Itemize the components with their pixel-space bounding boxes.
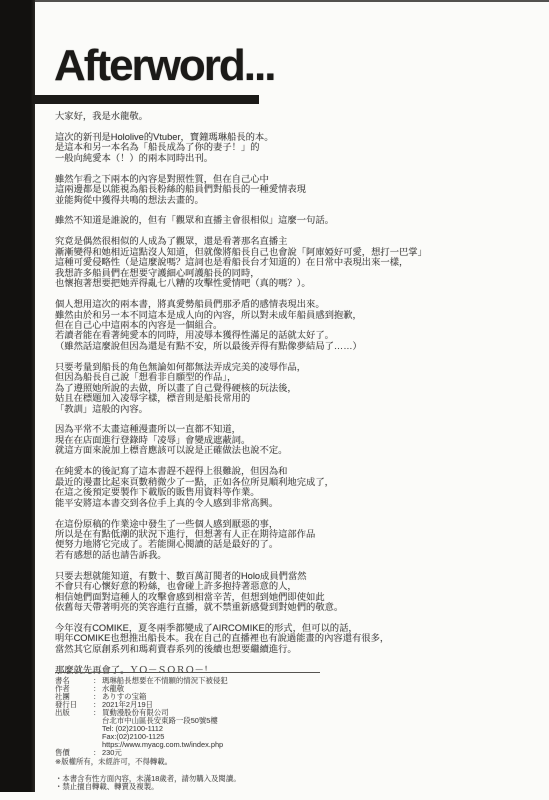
body-line: 是這本和另一本名為「船長成為了你的妻子！」的 (55, 142, 525, 152)
body-line: 在這份原稿的作業途中發生了一些個人感到厭惡的事， (55, 519, 525, 529)
body-line: 若讀者能在看著純愛本的同時，用凌辱本獲得性滿足的話就太好了。 (55, 330, 525, 340)
body-line: 在這之後預定要製作下載版的販售用資料等作業。 (55, 487, 525, 497)
body-line: 為了遵照她所說的去做，所以畫了自己覺得硬核的玩法後， (55, 383, 525, 393)
colophon-divider (55, 672, 320, 673)
body-line: 漸漸變得和她相近這點沒人知道，但就像將船長自己也會說「阿庫婭好可愛，想打一巴掌」 (55, 247, 525, 257)
paragraph: 因為平常不太畫這種漫畫所以一直都不知道，現在在店面進行登錄時「凌辱」會變成遮蔽詞… (55, 424, 525, 455)
colophon-colon: ： (93, 709, 102, 717)
body-line: 「教訓」這般的內容。 (55, 404, 525, 414)
scan-edge-left-band (0, 0, 35, 792)
paragraph: 大家好，我是水龍敬。 (55, 111, 525, 121)
body-line: 能平安將這本書交到各位手上真的令人感到非常高興。 (55, 498, 525, 508)
body-line: （雖然話這麼說但因為還是有點不安，所以最後弄得有點像夢結局了……） (55, 341, 525, 351)
paragraph: 在這份原稿的作業途中發生了一些個人感到厭惡的事，所以是在有點低潮的狀況下進行，但… (55, 519, 525, 561)
body-line: 相信她們面對這種人的攻擊會感到相當辛苦，但想到她們即使如此 (55, 592, 525, 602)
body-line: 明年COMIKE也想推出船長本。我在自己的直播裡也有說過能畫的內容還有很多， (55, 633, 525, 643)
afterword-page: Afterword... 大家好，我是水龍敬。這次的新刊是Hololive的Vt… (0, 0, 549, 800)
body-line: 但在自己心中這兩本的內容是一個組合。 (55, 320, 525, 330)
colophon-rows: 書名：瑪琳船長想要在不情願的情況下被侵犯作者：水龍敬社團：ありすの宝箱發行日：2… (55, 677, 495, 757)
body-line: 所以是在有點低潮的狀況下進行，但想著有人正在期待這部作品 (55, 529, 525, 539)
copyright-note: ※版權所有，未經許可，不得轉載。 (55, 758, 495, 766)
body-line: 這兩邊都是以能視為船長粉絲的船員們對船長的一種愛情表現 (55, 184, 525, 194)
colophon-colon: ： (93, 749, 102, 757)
body-line: 這次的新刊是Hololive的Vtuber，寶鐘瑪琳船長的本。 (55, 132, 525, 142)
body-line: 在純愛本的後記寫了這本書趕不趕得上很難說，但因為和 (55, 466, 525, 476)
paragraph: 雖然不知道是誰說的，但有「觀眾和直播主會很相似」這麼一句話。 (55, 215, 525, 225)
body-line: 因為平常不太畫這種漫畫所以一直都不知道， (55, 424, 525, 434)
paragraph: 只要考量到船長的角色無論如何都無法弄成完美的凌辱作品，但因為船長自己說「想看非自… (55, 362, 525, 414)
colophon-label: 出版 (55, 709, 93, 717)
body-line: 現在在店面進行登錄時「凌辱」會變成遮蔽詞。 (55, 435, 525, 445)
paragraph: 究竟是偶然很相似的人成為了觀眾，還是看著那名直播主漸漸變得和她相近這點沒人知道，… (55, 236, 525, 288)
body-line: 雖然乍看之下兩本的內容是對照性質，但在自己心中 (55, 174, 525, 184)
paragraph: 雖然乍看之下兩本的內容是對照性質，但在自己心中這兩邊都是以能視為船長粉絲的船員們… (55, 174, 525, 205)
body-line: 究竟是偶然很相似的人成為了觀眾，還是看著那名直播主 (55, 236, 525, 246)
body-line: 雖然由於和另一本不同這本是成人向的內容，所以對未成年船員感到抱歉， (55, 310, 525, 320)
body-line: 並能夠從中獲得共鳴的想法去畫的。 (55, 195, 525, 205)
page-title: Afterword... (54, 44, 274, 88)
body-line: 便努力地將它完成了。若能開心閱讀的話是最好的了。 (55, 539, 525, 549)
body-line: 若有感想的話也請告訴我。 (55, 550, 525, 560)
body-line: 雖然不知道是誰說的，但有「觀眾和直播主會很相似」這麼一句話。 (55, 215, 525, 225)
colophon-value: 230元 (102, 749, 122, 757)
body-line: 這種可愛侵略性（是這麼說嗎？這詞也是看船長台才知道的）在日常中表現出來一樣， (55, 257, 525, 267)
body-line: 也懷抱著想要把她弄得亂七八糟的攻擊性愛情吧（真的嗎？）。 (55, 278, 525, 288)
paragraph: 個人想用這次的兩本書，將真愛勢船員們那矛盾的感情表現出來。雖然由於和另一本不同這… (55, 299, 525, 351)
body-line: 今年沒有COMIKE，夏冬兩季都變成了AIRCOMIKE的形式，但可以的話， (55, 623, 525, 633)
body-line: 依舊每天帶著明亮的笑容進行直播，就不禁重新感覺到對她們的敬意。 (55, 602, 525, 612)
warning-item: ・禁止擅自轉載、轉賣及複製。 (55, 783, 495, 791)
paragraph: 今年沒有COMIKE，夏冬兩季都變成了AIRCOMIKE的形式，但可以的話，明年… (55, 623, 525, 654)
body-line: 姑且在標題加入凌辱字樣，標音則是船長常用的 (55, 393, 525, 403)
colophon-label: 售價 (55, 749, 93, 757)
body-line: 我想許多船員們在想要守護細心呵護船長的同時， (55, 268, 525, 278)
body-line: 最近的漫畫比起來頁數稍微少了一點，正如各位所見順利地完成了， (55, 477, 525, 487)
body-line: 當然其它原創系列和瑪莉賣春系列的後續也想要繼續進行。 (55, 644, 525, 654)
paragraph: 在純愛本的後記寫了這本書趕不趕得上很難說，但因為和最近的漫畫比起來頁數稍微少了一… (55, 466, 525, 508)
afterword-body: 大家好，我是水龍敬。這次的新刊是Hololive的Vtuber，寶鐘瑪琳船長的本… (55, 111, 525, 675)
body-line: 大家好，我是水龍敬。 (55, 111, 525, 121)
body-line: 一般向純愛本（！）的兩本同時出刊。 (55, 153, 525, 163)
body-line: 但因為船長自己說「想看非自願型的作品」， (55, 372, 525, 382)
body-line: 個人想用這次的兩本書，將真愛勢船員們那矛盾的感情表現出來。 (55, 299, 525, 309)
paragraph: 這次的新刊是Hololive的Vtuber，寶鐘瑪琳船長的本。是這本和另一本名為… (55, 132, 525, 163)
scan-edge-top (0, 0, 549, 2)
paragraph: 只要去想就能知道，有數十、數百萬訂閱者的Holo成員們當然不會只有心懷好意的粉絲… (55, 571, 525, 613)
body-line: 只要考量到船長的角色無論如何都無法弄成完美的凌辱作品， (55, 362, 525, 372)
colophon: 書名：瑪琳船長想要在不情願的情況下被侵犯作者：水龍敬社團：ありすの宝箱發行日：2… (55, 672, 495, 791)
body-line: 不會只有心懷好意的粉絲，也會碰上許多抱持著惡意的人， (55, 581, 525, 591)
body-line: 就這方面來說加上標音應該可以說是正確做法也說不定。 (55, 445, 525, 455)
body-line: 只要去想就能知道，有數十、數百萬訂閱者的Holo成員們當然 (55, 571, 525, 581)
colophon-row: 售價：230元 (55, 749, 495, 757)
title-underline-bar (33, 95, 259, 104)
warning-list: ・本書含有性方面內容，未滿18歲者，請勿購入及閱讀。・禁止擅自轉載、轉賣及複製。 (55, 775, 495, 791)
